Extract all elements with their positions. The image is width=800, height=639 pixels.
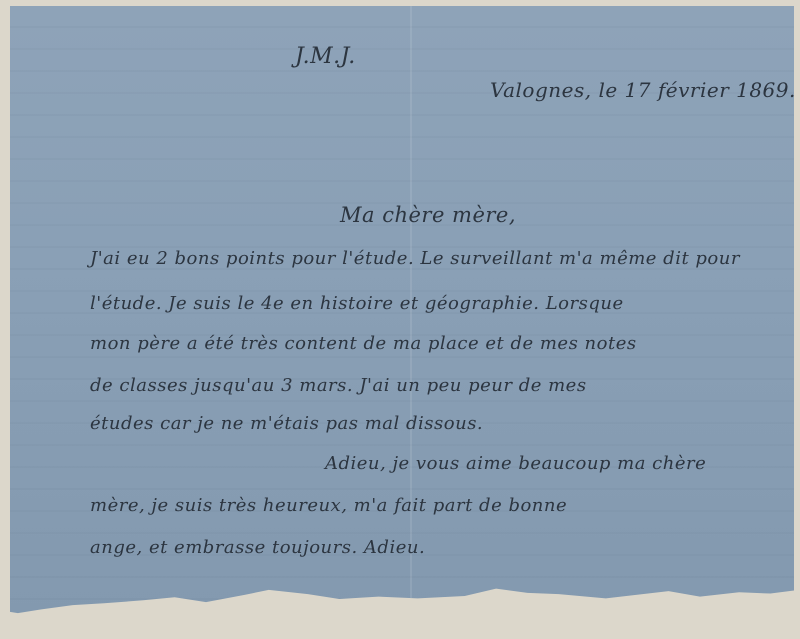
letter-line-4: de classes jusqu'au 3 mars. J'ai un peu … — [90, 375, 587, 396]
letter-line-5: études car je ne m'étais pas mal dissous… — [90, 413, 483, 434]
letter-line-8: ange, et embrasse toujours. Adieu. — [90, 537, 425, 558]
letter-line-3: mon père a été très content de ma place … — [90, 333, 637, 354]
letter-line-1: J'ai eu 2 bons points pour l'étude. Le s… — [90, 248, 740, 269]
letter-line-6-closing: Adieu, je vous aime beaucoup ma chère — [325, 453, 706, 474]
letter-line-7: mère, je suis très heureux, m'a fait par… — [90, 495, 567, 516]
letter-line-2: l'étude. Je suis le 4e en histoire et gé… — [90, 293, 624, 314]
letter-place-date: Valognes, le 17 février 1869. — [490, 78, 796, 102]
letter-salutation: Ma chère mère, — [340, 203, 516, 227]
letter-header-jmj: J.M.J. — [295, 44, 356, 69]
